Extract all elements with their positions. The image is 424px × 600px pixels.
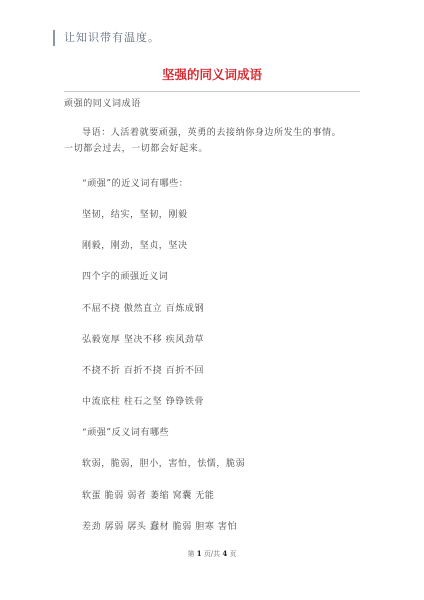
document-title: 坚强的同义词成语 bbox=[0, 67, 424, 83]
text-line: 顽强的同义词成语 bbox=[64, 98, 141, 110]
text-line: “顽强”的近义词有哪些： bbox=[82, 178, 188, 190]
text-line: 刚毅，刚劲，坚贞，坚决 bbox=[82, 240, 188, 252]
brand-tagline: 让知识带有温度。 bbox=[53, 30, 160, 46]
text-line: 不挠不折 百折不挠 百折不回 bbox=[82, 365, 204, 377]
text-line: 导语：人活着就要顽强，英勇的去接纳你身边所发生的事情。 bbox=[82, 127, 341, 139]
total-page-number: 4 bbox=[222, 549, 227, 558]
text-line: 软蛋 脆弱 弱者 萎缩 窝囊 无能 bbox=[82, 490, 215, 502]
footer-middle: 页/共 bbox=[204, 550, 220, 558]
text-line: 坚韧，结实，坚韧，刚毅 bbox=[82, 209, 188, 221]
text-line: 中流底柱 柱石之坚 铮铮铁骨 bbox=[82, 396, 204, 408]
brand-divider bbox=[53, 30, 55, 46]
footer-suffix: 页 bbox=[230, 550, 237, 558]
text-line: 弘毅宽厚 坚决不移 疾风劲草 bbox=[82, 334, 204, 346]
page-footer: 第 1 页/共 4 页 bbox=[0, 549, 424, 559]
text-line: 差劲 孱弱 孱头 蠢材 脆弱 胆寒 害怕 bbox=[82, 521, 237, 533]
current-page-number: 1 bbox=[197, 549, 202, 558]
footer-prefix: 第 bbox=[187, 550, 194, 558]
text-line: 四个字的顽强近义词 bbox=[82, 271, 168, 283]
text-line: 不屈不挠 傲然直立 百炼成钢 bbox=[82, 303, 204, 315]
text-line: 软弱，脆弱，胆小，害怕，怯懦，脆弱 bbox=[82, 458, 245, 470]
title-divider bbox=[64, 91, 360, 92]
text-line: 一切都会过去，一切都会好起来。 bbox=[64, 143, 208, 155]
tagline-text: 让知识带有温度。 bbox=[64, 30, 160, 46]
text-line: “顽强”反义词有哪些 bbox=[82, 427, 169, 439]
